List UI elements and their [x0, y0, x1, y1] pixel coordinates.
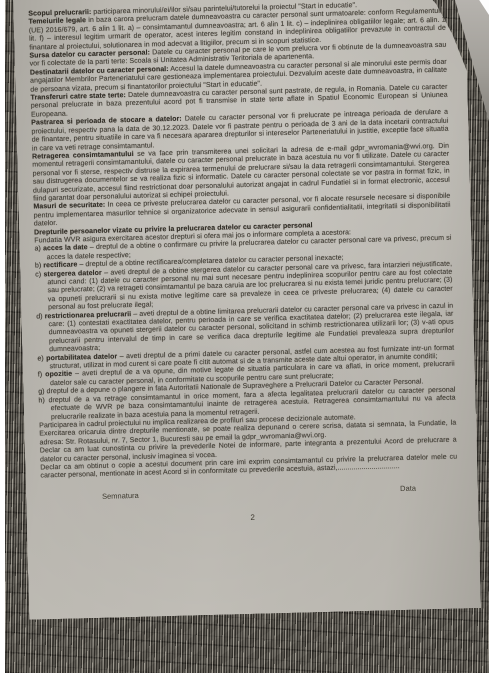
- bold-lead-in: Temeiurile legale: [29, 18, 87, 27]
- bold-lead-in: portabilitatea datelor: [46, 353, 117, 362]
- list-marker: e): [37, 355, 46, 362]
- consent-form-page: Scopul prelucrarii: participarea minorul…: [13, 0, 481, 620]
- signature-row: Semnatura Data: [102, 483, 416, 500]
- bold-lead-in: opozitie: [45, 371, 72, 379]
- bold-lead-in: Transferuri catre state terte:: [30, 92, 125, 101]
- date-label: Data: [400, 483, 416, 492]
- list-marker: g): [38, 389, 47, 396]
- bold-lead-in: rectificare: [43, 262, 77, 270]
- document-body: Scopul prelucrarii: participarea minorul…: [13, 0, 478, 482]
- bold-lead-in: acces la date: [43, 245, 88, 253]
- page-number: 2: [27, 507, 479, 528]
- bold-lead-in: Masuri de securitate:: [33, 202, 105, 211]
- document-photo: Scopul prelucrarii: participarea minorul…: [5, 0, 489, 673]
- bold-lead-in: Retragerea consimtamantului: [32, 151, 134, 161]
- list-marker: h): [38, 397, 48, 404]
- list-marker: a): [34, 246, 43, 253]
- signature-label: Semnatura: [102, 491, 139, 501]
- bold-lead-in: stergerea datelor: [43, 269, 101, 278]
- bold-lead-in: restrictionarea prelucrarii: [45, 311, 132, 320]
